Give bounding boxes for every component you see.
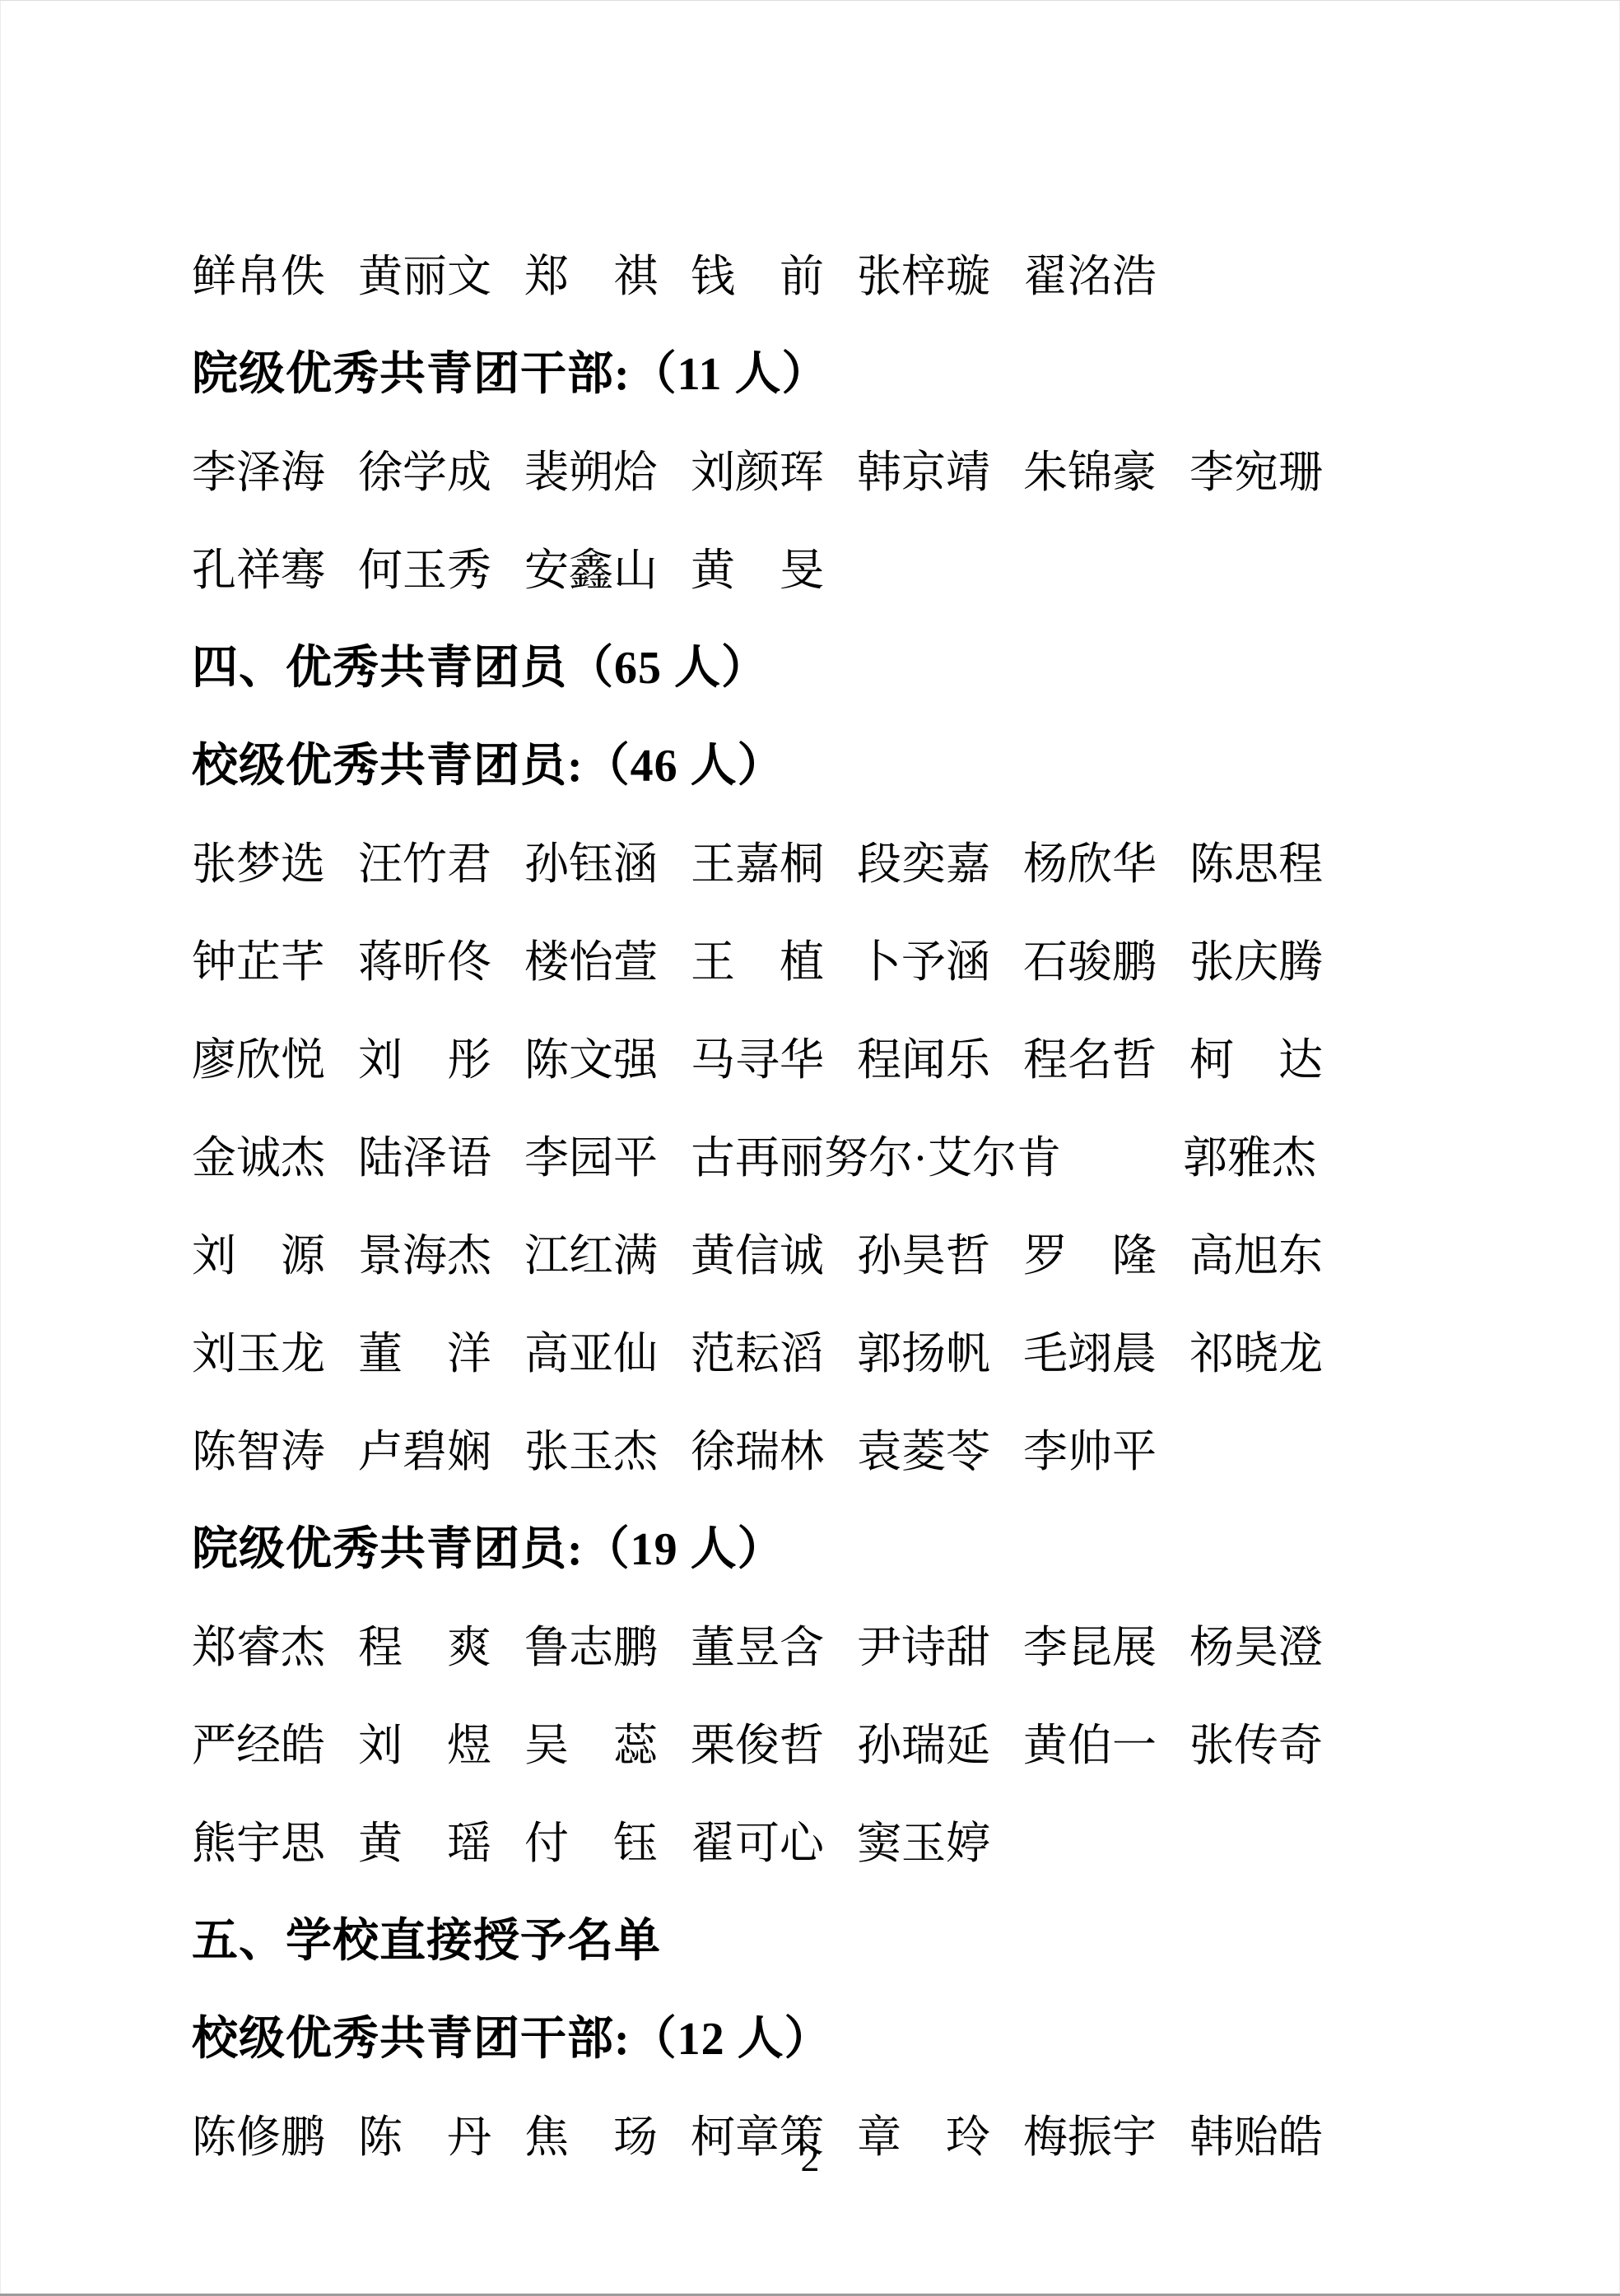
person-name: 刘玉龙 — [192, 1331, 325, 1378]
person-name: 吴 蕊 — [524, 1722, 658, 1769]
person-name: 金诚杰 — [192, 1135, 325, 1182]
page-number: 2 — [0, 2138, 1620, 2179]
person-name: 严经皓 — [192, 1722, 325, 1769]
person-name: 翟可心 — [691, 1820, 824, 1867]
person-name: 杨昊澄 — [1189, 1624, 1323, 1671]
person-name: 毛翊晨 — [1023, 1331, 1157, 1378]
person-name: 古再丽努尔·艾尔肯 — [691, 1135, 1061, 1182]
person-name: 朱锦豪 — [1023, 449, 1157, 496]
person-name: 高旭东 — [1189, 1233, 1323, 1280]
person-name: 李帅平 — [1023, 1429, 1157, 1476]
person-name: 楼怡萱 — [524, 939, 658, 986]
name-row: 鲜帛佚黄丽文郑 祺钱 前张梓璇翟洺浩 — [192, 253, 1427, 300]
person-name: 刘 彤 — [358, 1037, 491, 1084]
section-heading: 院级优秀共青团干部:（11 人） — [192, 351, 1427, 398]
person-name: 钱 前 — [691, 253, 824, 300]
person-name: 高亚仙 — [524, 1331, 658, 1378]
person-name: 黄伯一 — [1023, 1722, 1157, 1769]
person-name: 石骏鹏 — [1023, 939, 1157, 986]
person-name: 董昱含 — [691, 1624, 824, 1671]
person-name: 祁晓龙 — [1189, 1331, 1323, 1378]
person-name: 景海杰 — [358, 1233, 491, 1280]
person-name: 柯 达 — [1189, 1037, 1323, 1084]
person-name: 罗 隆 — [1023, 1233, 1157, 1280]
person-name: 黄信诚 — [691, 1233, 824, 1280]
person-name: 栗俊哲 — [691, 1722, 824, 1769]
person-name: 袁菱苓 — [857, 1429, 990, 1476]
person-name: 孔祥骞 — [192, 547, 325, 594]
name-row: 金诚杰陆泽语李园平古再丽努尔·艾尔肯 郭雅杰 — [192, 1135, 1427, 1182]
section-heading: 校级优秀共青团员:（46 人） — [192, 743, 1427, 790]
person-name: 杨欣华 — [1023, 841, 1157, 888]
name-row: 刘 源景海杰江红满黄信诚孙昊哲罗 隆高旭东 — [192, 1233, 1427, 1280]
name-row: 孔祥骞何玉秀安鑫山黄 旻 — [192, 547, 1427, 594]
person-name: 徐瑞林 — [691, 1429, 824, 1476]
person-name: 卜予涵 — [857, 939, 990, 986]
person-name: 马寻华 — [691, 1037, 824, 1084]
person-name: 付 钰 — [524, 1820, 658, 1867]
section-heading: 院级优秀共青团员:（19 人） — [192, 1527, 1427, 1573]
name-row: 陈智涛卢碧娴张玉杰徐瑞林袁菱苓李帅平 — [192, 1429, 1427, 1476]
person-name: 熊宇思 — [192, 1820, 325, 1867]
person-name: 程闻乐 — [857, 1037, 990, 1084]
person-name: 李宛珊 — [1189, 449, 1323, 496]
person-name: 董 洋 — [358, 1331, 491, 1378]
person-name: 郑 祺 — [524, 253, 658, 300]
person-name: 卢碧娴 — [358, 1429, 491, 1476]
person-name: 郑睿杰 — [192, 1624, 325, 1671]
person-name: 裴朔烚 — [524, 449, 658, 496]
person-name: 汪竹君 — [358, 841, 491, 888]
person-name: 蒋昕佟 — [358, 939, 491, 986]
person-name: 安鑫山 — [524, 547, 658, 594]
name-row: 廖欣悦刘 彤陈文强马寻华程闻乐程名哲柯 达 — [192, 1037, 1427, 1084]
person-name: 程名哲 — [1023, 1037, 1157, 1084]
page-top-edge — [0, 0, 1620, 1]
person-name: 张庆腾 — [1189, 939, 1323, 986]
person-name: 郭雅杰 — [1094, 1135, 1316, 1182]
name-row: 郑睿杰程 爽鲁志鹏董昱含尹诗甜李昆展杨昊澄 — [192, 1624, 1427, 1671]
person-name: 张梓璇 — [857, 253, 990, 300]
person-name: 鲁志鹏 — [524, 1624, 658, 1671]
person-name: 李园平 — [524, 1135, 658, 1182]
person-name: 孙昊哲 — [857, 1233, 990, 1280]
document-page: 鲜帛佚黄丽文郑 祺钱 前张梓璇翟洺浩 院级优秀共青团干部:（11 人） 李泽海徐… — [0, 0, 1620, 2296]
person-name: 范耘滔 — [691, 1331, 824, 1378]
name-row: 李泽海徐学成裴朔烚刘颜珲韩京靖朱锦豪李宛珊 — [192, 449, 1427, 496]
person-name: 尹诗甜 — [857, 1624, 990, 1671]
person-name: 陈智涛 — [192, 1429, 325, 1476]
person-name: 黄 旻 — [691, 547, 824, 594]
name-row: 刘玉龙董 洋高亚仙范耘滔郭扬帆毛翊晨祁晓龙 — [192, 1331, 1427, 1378]
section-heading: 五、学校直接授予名单 — [192, 1918, 1427, 1965]
person-name: 李昆展 — [1023, 1624, 1157, 1671]
section-heading: 校级优秀共青团干部:（12 人） — [192, 2016, 1427, 2063]
person-name: 王 植 — [691, 939, 824, 986]
person-name: 郭扬帆 — [857, 1331, 990, 1378]
person-name: 张传奇 — [1189, 1722, 1323, 1769]
person-name: 陆泽语 — [358, 1135, 491, 1182]
person-name: 李泽海 — [192, 449, 325, 496]
person-name: 刘 煜 — [358, 1722, 491, 1769]
person-name: 廖欣悦 — [192, 1037, 325, 1084]
person-name: 程 爽 — [358, 1624, 491, 1671]
person-name: 鲜帛佚 — [192, 253, 325, 300]
person-name: 徐学成 — [358, 449, 491, 496]
person-name: 张梦选 — [192, 841, 325, 888]
document-content: 鲜帛佚黄丽文郑 祺钱 前张梓璇翟洺浩 院级优秀共青团干部:（11 人） 李泽海徐… — [192, 253, 1427, 2212]
person-name: 黄 瑶 — [358, 1820, 491, 1867]
person-name: 窦玉婷 — [857, 1820, 990, 1867]
person-name: 何玉秀 — [358, 547, 491, 594]
person-name: 陈思程 — [1189, 841, 1323, 888]
name-row: 张梦选汪竹君孙钰涵王嘉桐段奕嘉杨欣华陈思程 — [192, 841, 1427, 888]
person-name: 孙钰涵 — [524, 841, 658, 888]
name-row: 钟芷芊蒋昕佟楼怡萱王 植卜予涵石骏鹏张庆腾 — [192, 939, 1427, 986]
section-heading: 四、优秀共青团员（65 人） — [192, 645, 1427, 692]
person-name: 刘 源 — [192, 1233, 325, 1280]
person-name: 孙瑞延 — [857, 1722, 990, 1769]
person-name: 黄丽文 — [358, 253, 491, 300]
person-name: 陈文强 — [524, 1037, 658, 1084]
person-name: 江红满 — [524, 1233, 658, 1280]
person-name: 韩京靖 — [857, 449, 990, 496]
person-name: 王嘉桐 — [691, 841, 824, 888]
person-name: 张玉杰 — [524, 1429, 658, 1476]
person-name: 刘颜珲 — [691, 449, 824, 496]
name-row: 熊宇思黄 瑶付 钰翟可心窦玉婷 — [192, 1820, 1427, 1867]
person-name: 翟洺浩 — [1023, 253, 1157, 300]
person-name: 钟芷芊 — [192, 939, 325, 986]
name-row: 严经皓刘 煜吴 蕊栗俊哲孙瑞延黄伯一张传奇 — [192, 1722, 1427, 1769]
person-name: 段奕嘉 — [857, 841, 990, 888]
